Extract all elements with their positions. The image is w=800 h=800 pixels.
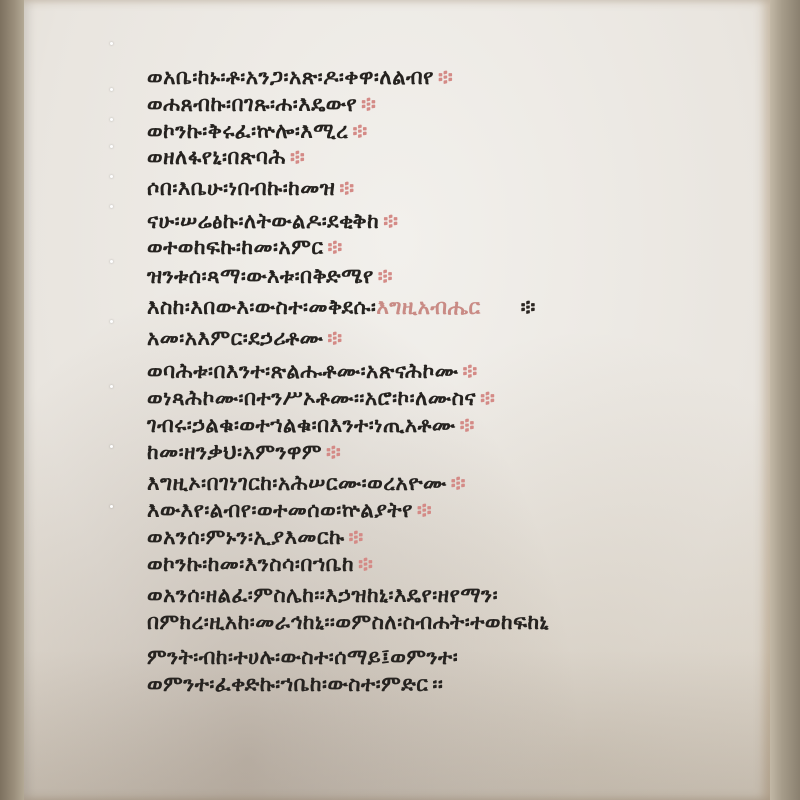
- verse-end-mark: ፨: [327, 235, 342, 259]
- rubric-word: እግዚአብሔር: [376, 295, 480, 319]
- pricking-hole: [110, 445, 113, 448]
- verse-end-mark: ፨: [358, 552, 373, 576]
- frame-left-edge: [0, 0, 24, 800]
- verse-end-mark: ፨: [290, 145, 305, 169]
- pricking-hole: [110, 205, 113, 208]
- text-line: ወኮንኩ፡ቅሩፈ፡ኵሎ፡እሚረ፨: [147, 118, 707, 145]
- pricking-hole: [110, 88, 113, 91]
- pricking-hole: [110, 385, 113, 388]
- text-line: እውእየ፡ልብየ፡ወተመሰወ፡ኵልያትየ፨: [147, 497, 707, 524]
- text-line: ወአንሰ፡ዘልፈ፡ምስሌከ፡፡እኃዝከኒ፡እዴየ፡ዘየማን፡: [147, 582, 707, 609]
- pricking-hole: [110, 320, 113, 323]
- line-text: እስከ፡እበውእ፡ውስተ፡መቅደሱ፡: [147, 295, 376, 319]
- text-line: ከመ፡ዘንቃህ፡አምንዋም፨: [147, 439, 707, 466]
- pricking-hole: [110, 42, 113, 45]
- text-line: በምክረ፡ዚአከ፡መራኅከኒ፡፡ወምስለ፡ስብሐት፡ተወከፍከኒ: [147, 609, 707, 636]
- frame-right-edge: [770, 0, 800, 800]
- verse-end-mark: ፨: [352, 119, 367, 143]
- line-text: ወኮንኩ፡ቅሩፈ፡ኵሎ፡እሚረ: [147, 119, 348, 143]
- line-text: ምንት፡ብከ፡ተሀሉ፡ውስተ፡ሰማይ፤ወምንተ፡: [147, 645, 458, 669]
- verse-end-mark: ፨: [326, 440, 341, 464]
- manuscript-text-block: ወአቤ፡ከኑ፡ቶ፡አንጋ፡አጽ፡ዶ፡ቀዋ፡ለልብየ፨ ወሐጸብኩ፡በገጹ፡ሐ፡እ…: [147, 64, 707, 698]
- pricking-hole: [110, 505, 113, 508]
- line-text: ወአንሰ፡ዘልፈ፡ምስሌከ፡፡እኃዝከኒ፡እዴየ፡ዘየማን፡: [147, 583, 498, 607]
- verse-end-mark: ፨: [339, 176, 354, 200]
- line-text: ከመ፡ዘንቃህ፡አምንዋም: [147, 440, 322, 464]
- line-text: ወባሕቱ፡በእንተ፡ጽልሑቶሙ፡አጽናሕኮሙ: [147, 359, 458, 383]
- pricking-hole: [110, 175, 113, 178]
- verse-end-mark: ፨: [521, 295, 536, 319]
- text-line: ዝንቱሰ፡ጻማ፡ውእቱ፡በቅድሜየ፨: [147, 263, 707, 290]
- line-text: እግዚኦ፡በገነገርከ፡አሕሠርሙ፡ወረአዮሙ: [147, 471, 447, 495]
- line-text: ወምንተ፡ፈቀድኩ፡ኀቤከ፡ውስተ፡ምድር: [147, 672, 428, 696]
- line-text: ዝንቱሰ፡ጻማ፡ውእቱ፡በቅድሜየ: [147, 264, 374, 288]
- text-line: እግዚኦ፡በገነገርከ፡አሕሠርሙ፡ወረአዮሙ፨: [147, 470, 707, 497]
- verse-end-mark: ፨: [417, 498, 432, 522]
- text-line: ወዘለፋየኒ፡በጽባሕ፨: [147, 145, 707, 169]
- line-text: ወአቤ፡ከኑ፡ቶ፡አንጋ፡አጽ፡ዶ፡ቀዋ፡ለልብየ: [147, 65, 434, 89]
- text-line: ወአንሰ፡ምኑን፡ኢያእመርኩ፨: [147, 524, 707, 551]
- line-text: ወሐጸብኩ፡በገጹ፡ሐ፡እዴውየ: [147, 92, 357, 116]
- text-line: ገብሩ፡ኃልቁ፡ወተኀልቁ፡በእንተ፡ነጢአቶሙ፨: [147, 412, 707, 439]
- verse-end-mark: ፨: [383, 209, 398, 233]
- line-text: ወኮንኩ፡ከመ፡እንስሳ፡በኀቤከ: [147, 552, 354, 576]
- line-text: ወዘለፋየኒ፡በጽባሕ: [147, 145, 286, 169]
- line-text: ሶበ፡እቤሁ፡ነበብኩ፡ከመዝ: [147, 176, 335, 200]
- text-line: ወነጻሕኮሙ፡በተንሥኦቶሙ፡፡አሮ፡ኮ፡ለሙስና፨: [147, 385, 707, 412]
- verse-end-mark: ፨: [327, 326, 342, 350]
- text-line: ሶበ፡እቤሁ፡ነበብኩ፡ከመዝ፨: [147, 175, 707, 202]
- line-text: ገብሩ፡ኃልቁ፡ወተኀልቁ፡በእንተ፡ነጢአቶሙ: [147, 413, 456, 437]
- text-line: ወኮንኩ፡ከመ፡እንስሳ፡በኀቤከ፨: [147, 551, 707, 578]
- verse-end-mark: ፨: [361, 92, 376, 116]
- verse-end-mark: ፡፡: [432, 672, 443, 696]
- line-text: እውእየ፡ልብየ፡ወተመሰወ፡ኵልያትየ: [147, 498, 413, 522]
- line-text: ናሁ፡ሠሬፅኩ፡ለትውልዶ፡ደቂቅከ: [147, 209, 379, 233]
- text-line: ምንት፡ብከ፡ተሀሉ፡ውስተ፡ሰማይ፤ወምንተ፡: [147, 644, 707, 671]
- verse-end-mark: ፨: [480, 386, 495, 410]
- pricking-hole: [110, 118, 113, 121]
- verse-end-mark: ፨: [460, 413, 475, 437]
- text-line: አመ፡አእምር፡ደኃሪቶሙ፨: [147, 325, 707, 352]
- line-text: በምክረ፡ዚአከ፡መራኅከኒ፡፡ወምስለ፡ስብሐት፡ተወከፍከኒ: [147, 610, 549, 634]
- text-line: ናሁ፡ሠሬፅኩ፡ለትውልዶ፡ደቂቅከ፨: [147, 208, 707, 235]
- text-line: ወአቤ፡ከኑ፡ቶ፡አንጋ፡አጽ፡ዶ፡ቀዋ፡ለልብየ፨: [147, 64, 707, 91]
- verse-end-mark: ፨: [438, 65, 453, 89]
- verse-end-mark: ፨: [462, 359, 477, 383]
- text-line: ወሐጸብኩ፡በገጹ፡ሐ፡እዴውየ፨: [147, 91, 707, 118]
- text-line: ወተወከፍኩ፡ከመ፡አምር፨: [147, 235, 707, 259]
- pricking-hole: [110, 260, 113, 263]
- verse-end-mark: ፨: [451, 471, 466, 495]
- pricking-hole: [110, 145, 113, 148]
- line-text: ወአንሰ፡ምኑን፡ኢያእመርኩ: [147, 525, 345, 549]
- verse-end-mark: ፨: [378, 264, 393, 288]
- line-text: አመ፡አእምር፡ደኃሪቶሙ: [147, 326, 323, 350]
- text-line: እስከ፡እበውእ፡ውስተ፡መቅደሱ፡እግዚአብሔር፨: [147, 294, 707, 321]
- line-text: ወነጻሕኮሙ፡በተንሥኦቶሙ፡፡አሮ፡ኮ፡ለሙስና: [147, 386, 476, 410]
- verse-end-mark: ፨: [349, 525, 364, 549]
- line-text: ወተወከፍኩ፡ከመ፡አምር: [147, 235, 323, 259]
- text-line: ወባሕቱ፡በእንተ፡ጽልሑቶሙ፡አጽናሕኮሙ፨: [147, 358, 707, 385]
- text-line: ወምንተ፡ፈቀድኩ፡ኀቤከ፡ውስተ፡ምድር፡፡: [147, 671, 707, 698]
